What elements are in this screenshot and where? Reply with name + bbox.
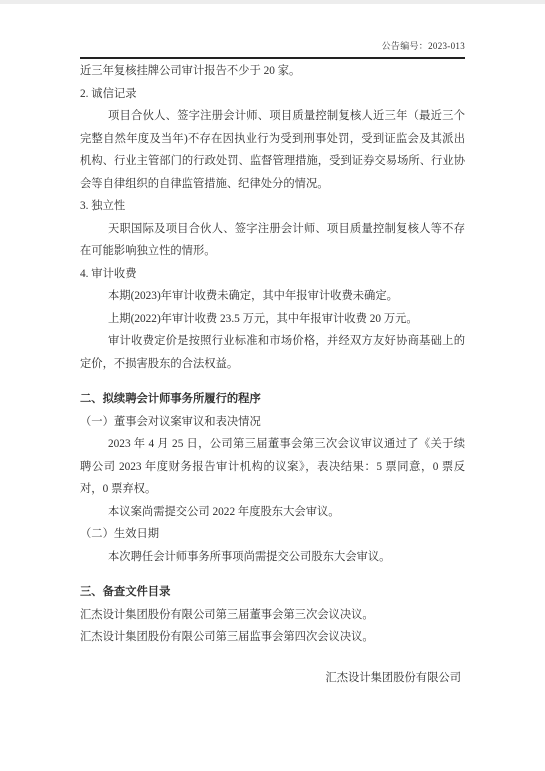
paragraph-integrity-detail: 项目合伙人、签字注册会计师、项目质量控制复核人近三年（最近三个完整自然年度及当年…: [80, 105, 465, 195]
subsection-2-2-heading: （二）生效日期: [80, 523, 465, 546]
paragraph-ref-doc-board: 汇杰设计集团股份有限公司第三届董事会第三次会议决议。: [80, 604, 465, 627]
paragraph-current-fee: 本期(2023)年审计收费未确定，其中年报审计收费未确定。: [80, 285, 465, 308]
scan-edge-artifact: [0, 0, 545, 4]
announcement-number: 公告编号：2023-013: [80, 40, 465, 52]
header-rule: [80, 57, 465, 59]
paragraph-board-resolution: 2023 年 4 月 25 日，公司第三届董事会第三次会议审议通过了《关于续聘公…: [80, 433, 465, 501]
paragraph-independence-detail: 天职国际及项目合伙人、签字注册会计师、项目质量控制复核人等不存在可能影响独立性的…: [80, 218, 465, 263]
paragraph-submit-agm: 本议案尚需提交公司 2022 年度股东大会审议。: [80, 501, 465, 524]
item-4-audit-fees: 4. 审计收费: [80, 263, 465, 286]
section-3-heading: 三、备查文件目录: [80, 581, 465, 604]
paragraph-ref-doc-supervisors: 汇杰设计集团股份有限公司第三届监事会第四次会议决议。: [80, 626, 465, 649]
company-signature: 汇杰设计集团股份有限公司: [80, 667, 465, 690]
item-3-independence: 3. 独立性: [80, 195, 465, 218]
paragraph-audit-reports: 近三年复核挂牌公司审计报告不少于 20 家。: [80, 60, 465, 83]
paragraph-fee-pricing: 审计收费定价是按照行业标准和市场价格，并经双方友好协商基础上的定价，不损害股东的…: [80, 330, 465, 375]
document-page: 公告编号：2023-013 近三年复核挂牌公司审计报告不少于 20 家。2. 诚…: [0, 0, 545, 771]
paragraph-prior-fee: 上期(2022)年审计收费 23.5 万元，其中年报审计收费 20 万元。: [80, 308, 465, 331]
paragraph-effective-date: 本次聘任会计师事务所事项尚需提交公司股东大会审议。: [80, 546, 465, 569]
document-body: 近三年复核挂牌公司审计报告不少于 20 家。2. 诚信记录项目合伙人、签字注册会…: [80, 60, 465, 689]
item-2-integrity-record: 2. 诚信记录: [80, 83, 465, 106]
section-2-heading: 二、拟续聘会计师事务所履行的程序: [80, 388, 465, 411]
page-header: 公告编号：2023-013: [80, 0, 465, 52]
subsection-2-1-heading: （一）董事会对议案审议和表决情况: [80, 411, 465, 434]
